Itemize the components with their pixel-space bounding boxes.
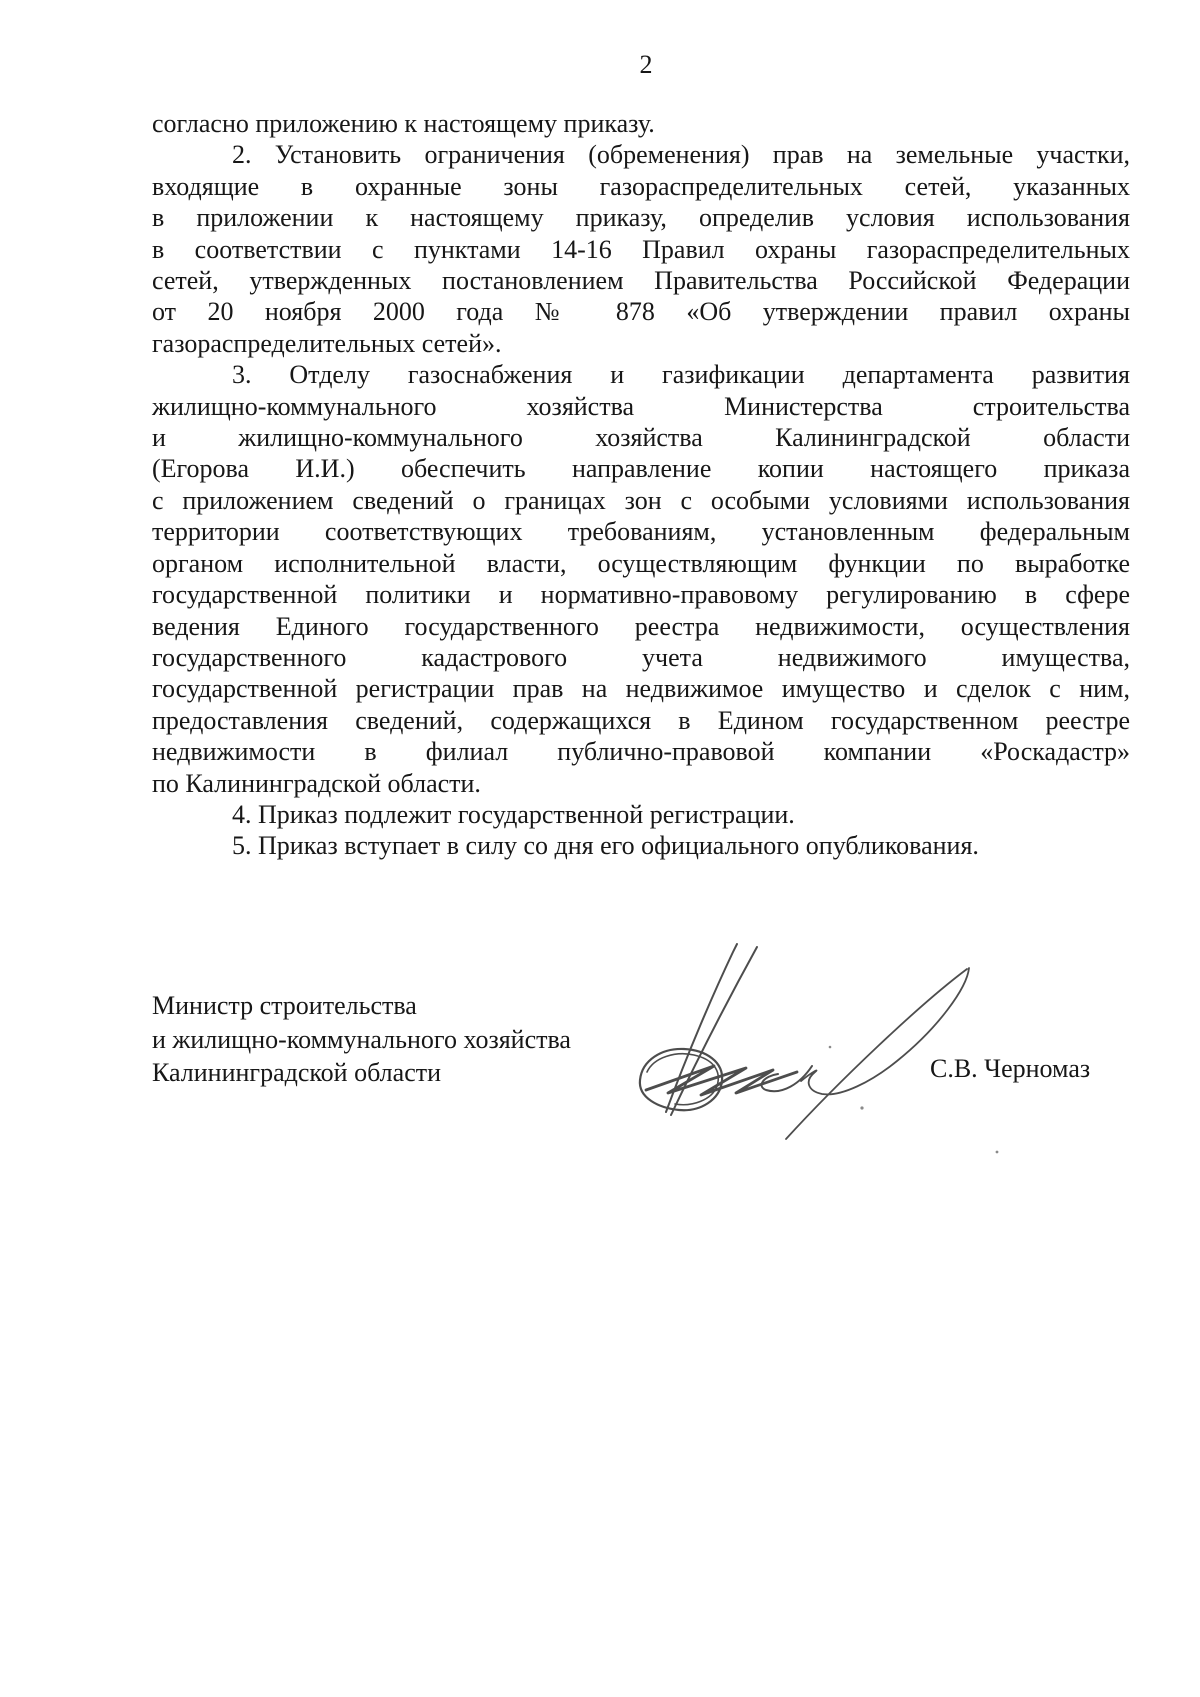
text-line: от 20 ноября 2000 года № 878 «Об утвержд… — [152, 296, 1130, 327]
text-line: в соответствии с пунктами 14-16 Правил о… — [152, 234, 1130, 265]
text-line: территории соответствующих требованиям, … — [152, 516, 1130, 547]
text-line: 2. Установить ограничения (обременения) … — [152, 139, 1130, 170]
text-line: 4. Приказ подлежит государственной регис… — [152, 799, 1130, 830]
text-line: государственной регистрации прав на недв… — [152, 673, 1130, 704]
text-line: (Егорова И.И.) обеспечить направление ко… — [152, 453, 1130, 484]
text-line: согласно приложению к настоящему приказу… — [152, 108, 1130, 139]
text-line: газораспределительных сетей». — [152, 328, 1130, 359]
paragraph: 2. Установить ограничения (обременения) … — [152, 139, 1130, 359]
scan-noise — [829, 1046, 999, 1154]
text-line: входящие в охранные зоны газораспределит… — [152, 171, 1130, 202]
text-line: ведения Единого государственного реестра… — [152, 611, 1130, 642]
text-line: в приложении к настоящему приказу, опред… — [152, 202, 1130, 233]
signature-scribble — [560, 870, 1000, 1180]
text-line: государственной политики и нормативно-пр… — [152, 579, 1130, 610]
text-line: и жилищно-коммунального хозяйства Калини… — [152, 422, 1130, 453]
signer-title-line: и жилищно-коммунального хозяйства — [152, 1023, 571, 1057]
signer-title-line: Министр строительства — [152, 989, 571, 1023]
text-line: 3. Отделу газоснабжения и газификации де… — [152, 359, 1130, 390]
signer-title: Министр строительстваи жилищно-коммуналь… — [152, 989, 571, 1090]
text-line: недвижимости в филиал публично-правовой … — [152, 736, 1130, 767]
paragraph: 4. Приказ подлежит государственной регис… — [152, 799, 1130, 830]
paragraph: согласно приложению к настоящему приказу… — [152, 108, 1130, 139]
paragraph: 3. Отделу газоснабжения и газификации де… — [152, 359, 1130, 799]
signature-pen-strokes — [640, 944, 969, 1139]
text-line: 5. Приказ вступает в силу со дня его офи… — [152, 830, 1130, 861]
text-line: предоставления сведений, содержащихся в … — [152, 705, 1130, 736]
paragraph: 5. Приказ вступает в силу со дня его офи… — [152, 830, 1130, 861]
text-line: сетей, утвержденных постановлением Прави… — [152, 265, 1130, 296]
document-body: согласно приложению к настоящему приказу… — [152, 108, 1130, 862]
text-line: органом исполнительной власти, осуществл… — [152, 548, 1130, 579]
document-page: 2 согласно приложению к настоящему прика… — [0, 0, 1200, 1697]
text-line: государственного кадастрового учета недв… — [152, 642, 1130, 673]
page-number: 2 — [0, 50, 1200, 80]
text-line: жилищно-коммунального хозяйства Министер… — [152, 391, 1130, 422]
signer-title-line: Калининградской области — [152, 1056, 571, 1090]
text-line: по Калининградской области. — [152, 768, 1130, 799]
text-line: с приложением сведений о границах зон с … — [152, 485, 1130, 516]
